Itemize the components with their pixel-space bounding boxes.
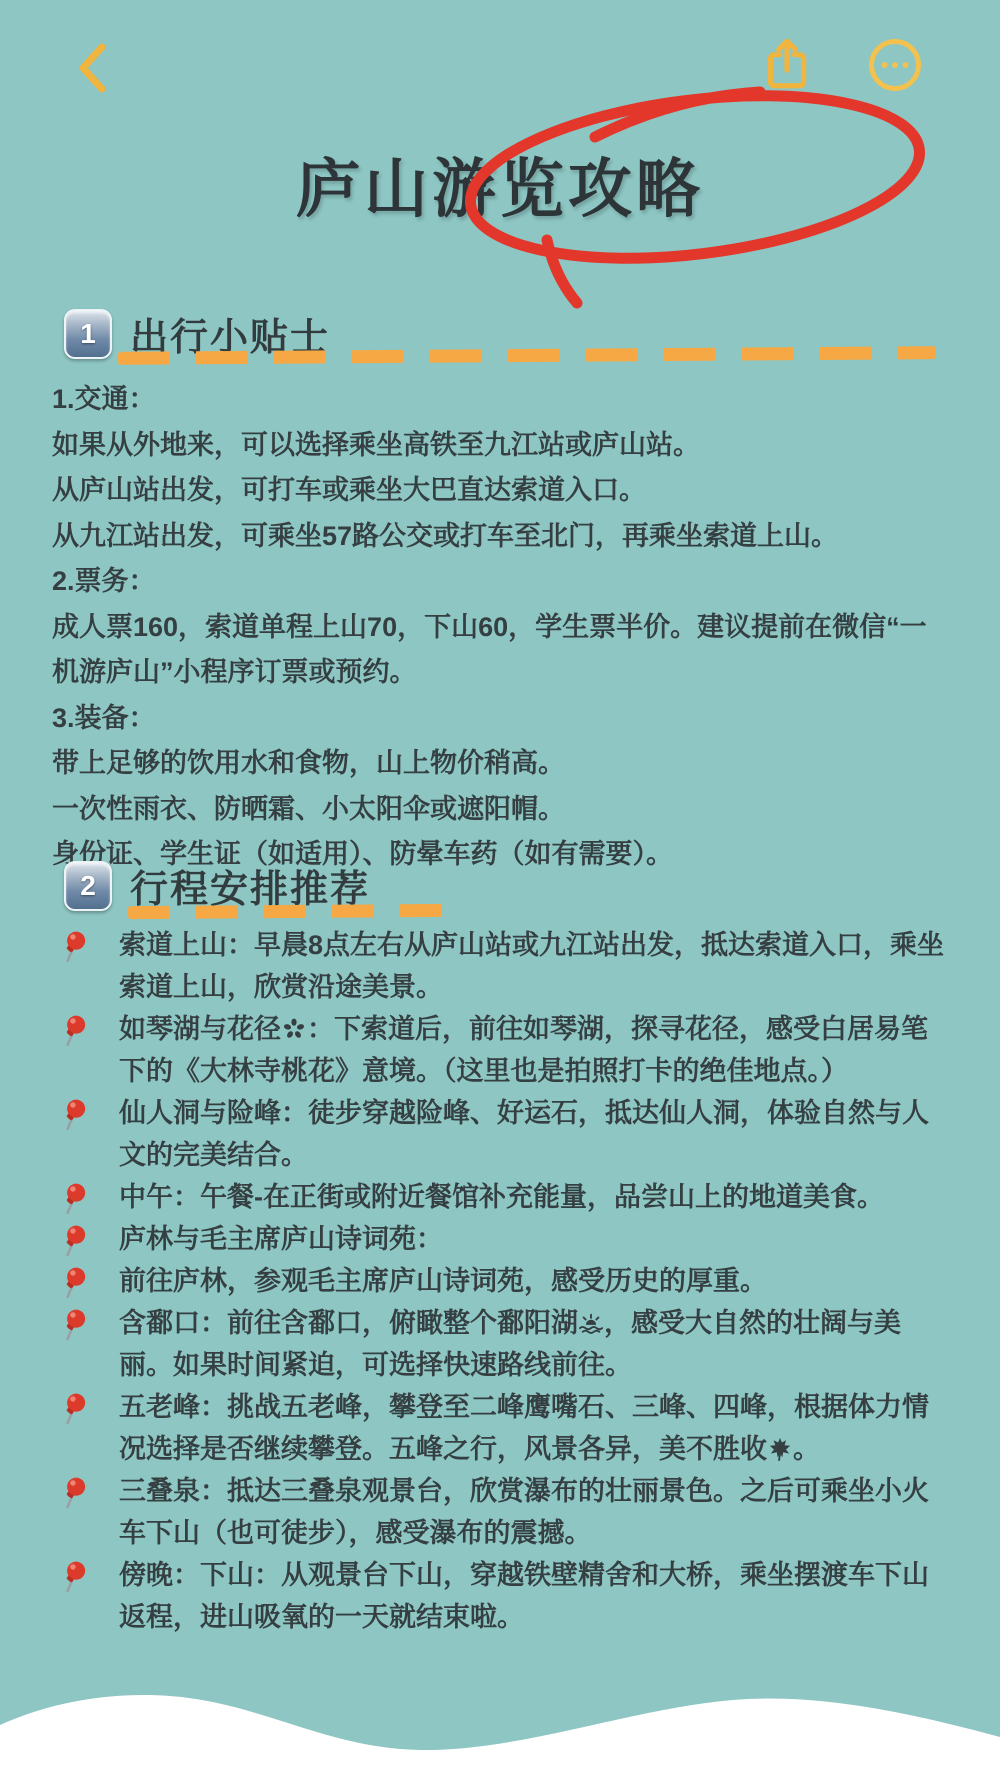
itinerary-item: 前往庐林，参观毛主席庐山诗词苑，感受历史的厚重。: [55, 1260, 948, 1302]
keycap-2-badge: 2: [64, 861, 112, 911]
item-text: 三叠泉：抵达三叠泉观景台，欣赏瀑布的壮丽景色。之后可乘坐小火车下山（也可徒步），…: [119, 1476, 929, 1548]
tip-line: 从庐山站出发，可打车或乘坐大巴直达索道入口。: [52, 468, 948, 514]
maple-icon: [767, 1434, 793, 1464]
pushpin-icon: [59, 1013, 89, 1047]
tip-line: 2.票务：: [52, 559, 948, 605]
share-button[interactable]: [764, 36, 810, 92]
item-text: 庐林与毛主席庐山诗词苑：: [119, 1224, 443, 1254]
tip-line: 一次性雨衣、防晒霜、小太阳伞或遮阳帽。: [52, 787, 948, 833]
keycap-1-badge: 1: [64, 309, 112, 359]
travel-tips-body: 1.交通：如果从外地来，可以选择乘坐高铁至九江站或庐山站。从庐山站出发，可打车或…: [52, 377, 948, 878]
more-options-button[interactable]: [868, 38, 922, 92]
tip-line: 3.装备：: [52, 696, 948, 742]
pushpin-icon: [59, 1391, 89, 1425]
pushpin-icon: [59, 1223, 89, 1257]
item-text: 。: [793, 1434, 820, 1464]
pushpin-icon: [59, 1265, 89, 1299]
item-text: 如琴湖与花径: [119, 1014, 281, 1044]
sunrise-icon: [578, 1308, 604, 1338]
tip-line: 如果从外地来，可以选择乘坐高铁至九江站或庐山站。: [52, 423, 948, 469]
page-title: 庐山游览攻略: [0, 138, 1000, 230]
bottom-wave-decoration: [0, 1680, 1000, 1781]
itinerary-list: 索道上山：早晨8点左右从庐山站或九江站出发，抵达索道入口，乘坐索道上山，欣赏沿途…: [55, 924, 948, 1638]
item-text: 傍晚：下山：从观景台下山，穿越铁壁精舍和大桥，乘坐摆渡车下山返程，进山吸氧的一天…: [119, 1560, 929, 1632]
itinerary-item: 三叠泉：抵达三叠泉观景台，欣赏瀑布的壮丽景色。之后可乘坐小火车下山（也可徒步），…: [55, 1470, 948, 1554]
back-button[interactable]: [74, 42, 108, 94]
tip-line: 从九江站出发，可乘坐57路公交或打车至北门，再乘坐索道上山。: [52, 514, 948, 560]
itinerary-item: 索道上山：早晨8点左右从庐山站或九江站出发，抵达索道入口，乘坐索道上山，欣赏沿途…: [55, 924, 948, 1008]
itinerary-item: 傍晚：下山：从观景台下山，穿越铁壁精舍和大桥，乘坐摆渡车下山返程，进山吸氧的一天…: [55, 1554, 948, 1638]
share-icon: [764, 80, 810, 95]
pushpin-icon: [59, 929, 89, 963]
pushpin-icon: [59, 1475, 89, 1509]
pushpin-icon: [59, 1097, 89, 1131]
itinerary-item: 仙人洞与险峰：徒步穿越险峰、好运石，抵达仙人洞，体验自然与人文的完美结合。: [55, 1092, 948, 1176]
note-page: 庐山游览攻略 1 出行小贴士 1.交通：如果从外地来，可以选择乘坐高铁至九江站或…: [0, 0, 1000, 1781]
itinerary-item: 中午：午餐-在正街或附近餐馆补充能量，品尝山上的地道美食。: [55, 1176, 948, 1218]
item-text: 中午：午餐-在正街或附近餐馆补充能量，品尝山上的地道美食。: [119, 1182, 884, 1212]
tip-line: 带上足够的饮用水和食物，山上物价稍高。: [52, 741, 948, 787]
more-ellipsis-icon: [868, 80, 922, 95]
pushpin-icon: [59, 1181, 89, 1215]
itinerary-item: 庐林与毛主席庐山诗词苑：: [55, 1218, 948, 1260]
item-text: 前往庐林，参观毛主席庐山诗词苑，感受历史的厚重。: [119, 1266, 767, 1296]
item-text: 含鄱口：前往含鄱口，俯瞰整个鄱阳湖: [119, 1308, 578, 1338]
item-text: 索道上山：早晨8点左右从庐山站或九江站出发，抵达索道入口，乘坐索道上山，欣赏沿途…: [119, 930, 944, 1002]
orange-dashed-underline: [128, 904, 446, 919]
item-text: 仙人洞与险峰：徒步穿越险峰、好运石，抵达仙人洞，体验自然与人文的完美结合。: [119, 1098, 929, 1170]
itinerary-item: 含鄱口：前往含鄱口，俯瞰整个鄱阳湖，感受大自然的壮阔与美丽。如果时间紧迫，可选择…: [55, 1302, 948, 1386]
flower-icon: [281, 1014, 307, 1044]
tip-line: 1.交通：: [52, 377, 948, 423]
pushpin-icon: [59, 1307, 89, 1341]
tip-line: 成人票160，索道单程上山70，下山60，学生票半价。建议提前在微信“一机游庐山…: [52, 605, 948, 696]
chevron-left-icon: [74, 82, 108, 97]
itinerary-item: 如琴湖与花径：下索道后，前往如琴湖，探寻花径，感受白居易笔下的《大林寺桃花》意境…: [55, 1008, 948, 1092]
itinerary-item: 五老峰：挑战五老峰，攀登至二峰鹰嘴石、三峰、四峰，根据体力情况选择是否继续攀登。…: [55, 1386, 948, 1470]
pushpin-icon: [59, 1559, 89, 1593]
